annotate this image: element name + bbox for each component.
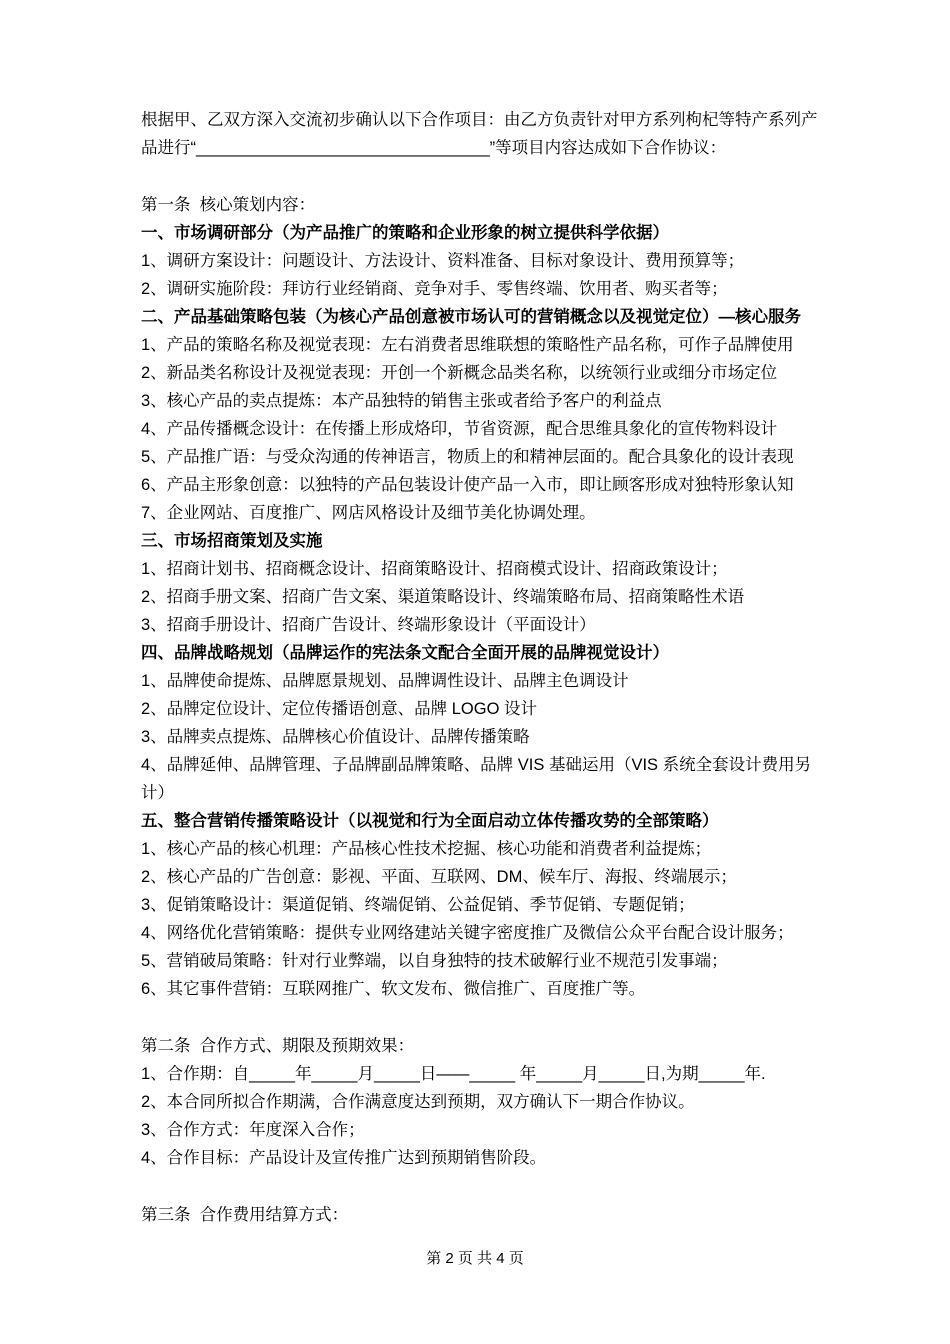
section1-item: 4、品牌延伸、品牌管理、子品牌副品牌策略、品牌 VIS 基础运用（VIS 系统全… (141, 751, 825, 807)
section2-heading: 第二条 合作方式、期限及预期效果： (141, 1032, 825, 1060)
section1-item: 5、产品推广语：与受众沟通的传神语言，物质上的和精神层面的。配合具象化的设计表现 (141, 443, 825, 471)
section1-item: 4、网络优化营销策略：提供专业网络建站关键字密度推广及微信公众平台配合设计服务； (141, 919, 825, 947)
page-footer: 第 2 页 共 4 页 (0, 1248, 950, 1270)
section1-item: 4、产品传播概念设计：在传播上形成烙印，节省资源，配合思维具象化的宣传物料设计 (141, 415, 825, 443)
section2-item: 3、合作方式：年度深入合作； (141, 1116, 825, 1144)
blank-line (141, 162, 825, 191)
section1-subhead-market-research: 一、市场调研部分（为产品推广的策略和企业形象的树立提供科学依据） (141, 219, 825, 247)
section1-item: 5、营销破局策略：针对行业弊端，以自身独特的技术破解行业不规范引发事端； (141, 947, 825, 975)
section1-item: 2、招商手册文案、招商广告文案、渠道策略设计、终端策略布局、招商策略性术语 (141, 583, 825, 611)
section1-item: 2、调研实施阶段：拜访行业经销商、竞争对手、零售终端、饮用者、购买者等； (141, 275, 825, 303)
section1-heading: 第一条 核心策划内容： (141, 191, 825, 219)
section3-heading: 第三条 合作费用结算方式： (141, 1201, 825, 1229)
section1-item: 6、产品主形象创意：以独特的产品包装设计使产品一入市，即让顾客形成对独特形象认知 (141, 471, 825, 499)
section2-item-cooperation-period: 1、合作期：自_____年_____月_____日——_____ 年_____月… (141, 1060, 825, 1088)
blank-line (141, 1003, 825, 1032)
section1-item: 2、品牌定位设计、定位传播语创意、品牌 LOGO 设计 (141, 695, 825, 723)
section1-item: 1、品牌使命提炼、品牌愿景规划、品牌调性设计、品牌主色调设计 (141, 667, 825, 695)
section1-item: 2、核心产品的广告创意：影视、平面、互联网、DM、候车厅、海报、终端展示； (141, 863, 825, 891)
blank-line (141, 1172, 825, 1201)
section1-item: 1、招商计划书、招商概念设计、招商策略设计、招商模式设计、招商政策设计； (141, 555, 825, 583)
section1-subhead-investment-planning: 三、市场招商策划及实施 (141, 527, 825, 555)
section1-subhead-integrated-marketing: 五、整合营销传播策略设计（以视觉和行为全面启动立体传播攻势的全部策略） (141, 807, 825, 835)
intro-paragraph: 根据甲、乙双方深入交流初步确认以下合作项目：由乙方负责针对甲方系列枸杞等特产系列… (141, 106, 825, 162)
section1-item: 2、新品类名称设计及视觉表现：开创一个新概念品类名称，以统领行业或细分市场定位 (141, 359, 825, 387)
section2-item: 2、本合同所拟合作期满，合作满意度达到预期，双方确认下一期合作协议。 (141, 1088, 825, 1116)
section1-item: 3、招商手册设计、招商广告设计、终端形象设计（平面设计） (141, 611, 825, 639)
document-body: 根据甲、乙双方深入交流初步确认以下合作项目：由乙方负责针对甲方系列枸杞等特产系列… (141, 106, 825, 1229)
section1-item: 3、核心产品的卖点提炼：本产品独特的销售主张或者给予客户的利益点 (141, 387, 825, 415)
section1-item: 1、产品的策略名称及视觉表现：左右消费者思维联想的策略性产品名称，可作子品牌使用 (141, 331, 825, 359)
section1-item: 3、品牌卖点提炼、品牌核心价值设计、品牌传播策略 (141, 723, 825, 751)
section1-subhead-product-strategy: 二、产品基础策略包装（为核心产品创意被市场认可的营销概念以及视觉定位）—核心服务 (141, 303, 825, 331)
section1-item: 1、调研方案设计：问题设计、方法设计、资料准备、目标对象设计、费用预算等； (141, 247, 825, 275)
section1-item: 1、核心产品的核心机理：产品核心性技术挖掘、核心功能和消费者利益提炼； (141, 835, 825, 863)
section1-item: 7、企业网站、百度推广、网店风格设计及细节美化协调处理。 (141, 499, 825, 527)
section1-subhead-brand-strategy: 四、品牌战略规划（品牌运作的宪法条文配合全面开展的品牌视觉设计） (141, 639, 825, 667)
document-page: 根据甲、乙双方深入交流初步确认以下合作项目：由乙方负责针对甲方系列枸杞等特产系列… (0, 0, 950, 1344)
section2-item: 4、合作目标：产品设计及宣传推广达到预期销售阶段。 (141, 1144, 825, 1172)
section1-item: 6、其它事件营销：互联网推广、软文发布、微信推广、百度推广等。 (141, 975, 825, 1003)
section1-item: 3、促销策略设计：渠道促销、终端促销、公益促销、季节促销、专题促销； (141, 891, 825, 919)
